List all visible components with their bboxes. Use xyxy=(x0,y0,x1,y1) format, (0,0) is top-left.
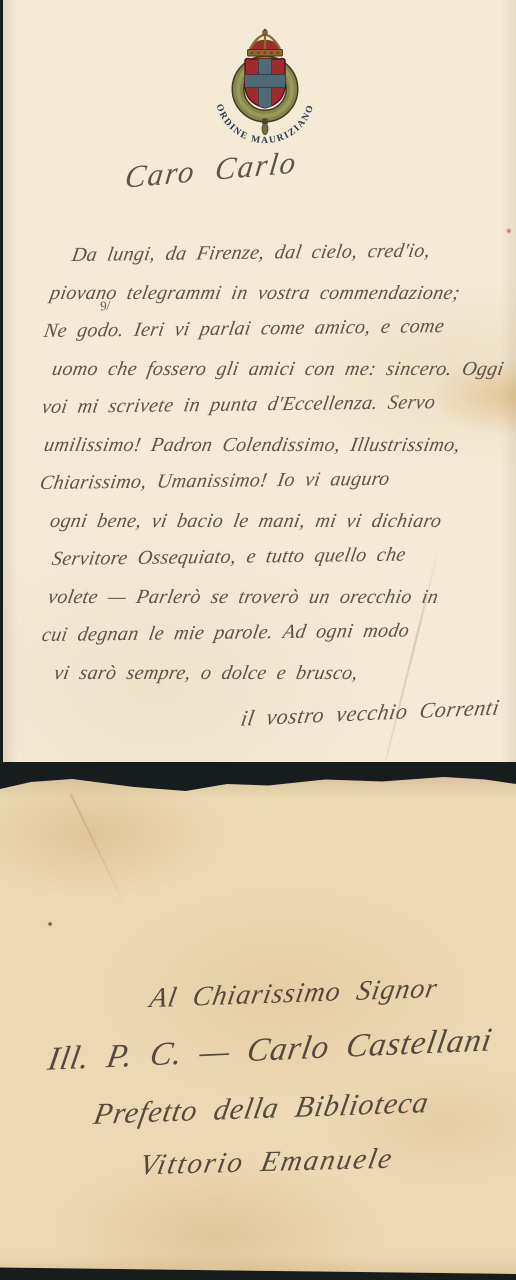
envelope-address-line: Ill. P. C. — Carlo Castellani xyxy=(45,1022,495,1079)
ordine-mauriziano-crest: ORDINE MAURIZIANO xyxy=(205,28,325,152)
letter-line: vi sarò sempre, o dolce e brusco, xyxy=(51,654,515,692)
letter-line: Da lungi, da Firenze, dal cielo, cred'io… xyxy=(69,231,515,274)
envelope-page: Al Chiarissimo Signor Ill. P. C. — Carlo… xyxy=(0,774,516,1274)
letter-page: ORDINE MAURIZIANO Caro Carlo 9/ Da lungi… xyxy=(3,0,516,762)
envelope-address-line: Al Chiarissimo Signor xyxy=(147,973,440,1015)
envelope-crease xyxy=(70,794,124,903)
letter-signature: il vostro vecchio Correnti xyxy=(239,694,502,731)
letter-salutation: Caro Carlo xyxy=(123,144,300,196)
letter-line: Chiarissimo, Umanissimo! Io vi auguro xyxy=(37,458,515,502)
letter-line: voi mi scrivete in punta d'Eccellenza. S… xyxy=(39,382,515,426)
letter-line: Servitore Ossequiato, e tutto quello che xyxy=(49,534,515,578)
letter-body: Da lungi, da Firenze, dal cielo, cred'io… xyxy=(3,236,508,692)
crown-icon xyxy=(248,29,283,56)
envelope-address-line: Vittorio Emanuele xyxy=(137,1143,396,1183)
letter-line: Ne godo. Ieri vi parlai come amico, e co… xyxy=(41,306,515,350)
envelope-address-line: Prefetto della Biblioteca xyxy=(91,1086,432,1132)
shield-icon xyxy=(243,57,287,110)
pendant-icon xyxy=(262,124,268,135)
letter-line: cui degnan le mie parole. Ad ogni modo xyxy=(39,610,515,654)
ordine-mauriziano-crest-icon: ORDINE MAURIZIANO xyxy=(205,28,325,152)
